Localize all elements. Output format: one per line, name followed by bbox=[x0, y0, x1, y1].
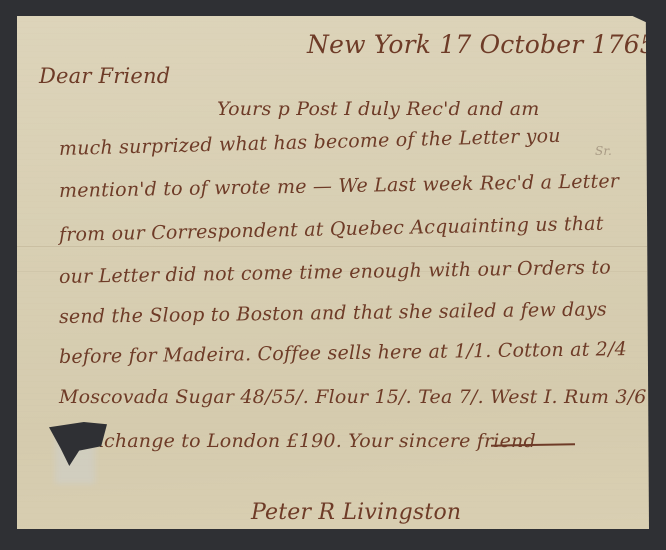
paper-fold-line bbox=[17, 246, 649, 247]
body-line: mention'd to of wrote me — We Last week … bbox=[59, 170, 619, 202]
body-line: Moscovada Sugar 48/55/. Flour 15/. Tea 7… bbox=[59, 386, 647, 408]
body-line: Yours p Post I duly Rec'd and am bbox=[217, 98, 539, 120]
body-line: from our Correspondent at Quebec Acquain… bbox=[59, 213, 604, 246]
letter-paper: New York 17 October 1765 Dear Friend You… bbox=[17, 16, 649, 529]
body-line-closing: Exchange to London £190. Your sincere fr… bbox=[79, 430, 536, 452]
salutation: Dear Friend bbox=[39, 64, 170, 88]
body-line: much surprized what has become of the Le… bbox=[59, 125, 561, 160]
signature: Peter R Livingston bbox=[251, 500, 461, 525]
body-line: our Letter did not come time enough with… bbox=[59, 256, 611, 288]
date-line: New York 17 October 1765 bbox=[307, 30, 656, 59]
body-line: before for Madeira. Coffee sells here at… bbox=[59, 338, 627, 368]
body-line: send the Sloop to Boston and that she sa… bbox=[59, 298, 607, 328]
marginal-note: Sr. bbox=[595, 144, 612, 158]
